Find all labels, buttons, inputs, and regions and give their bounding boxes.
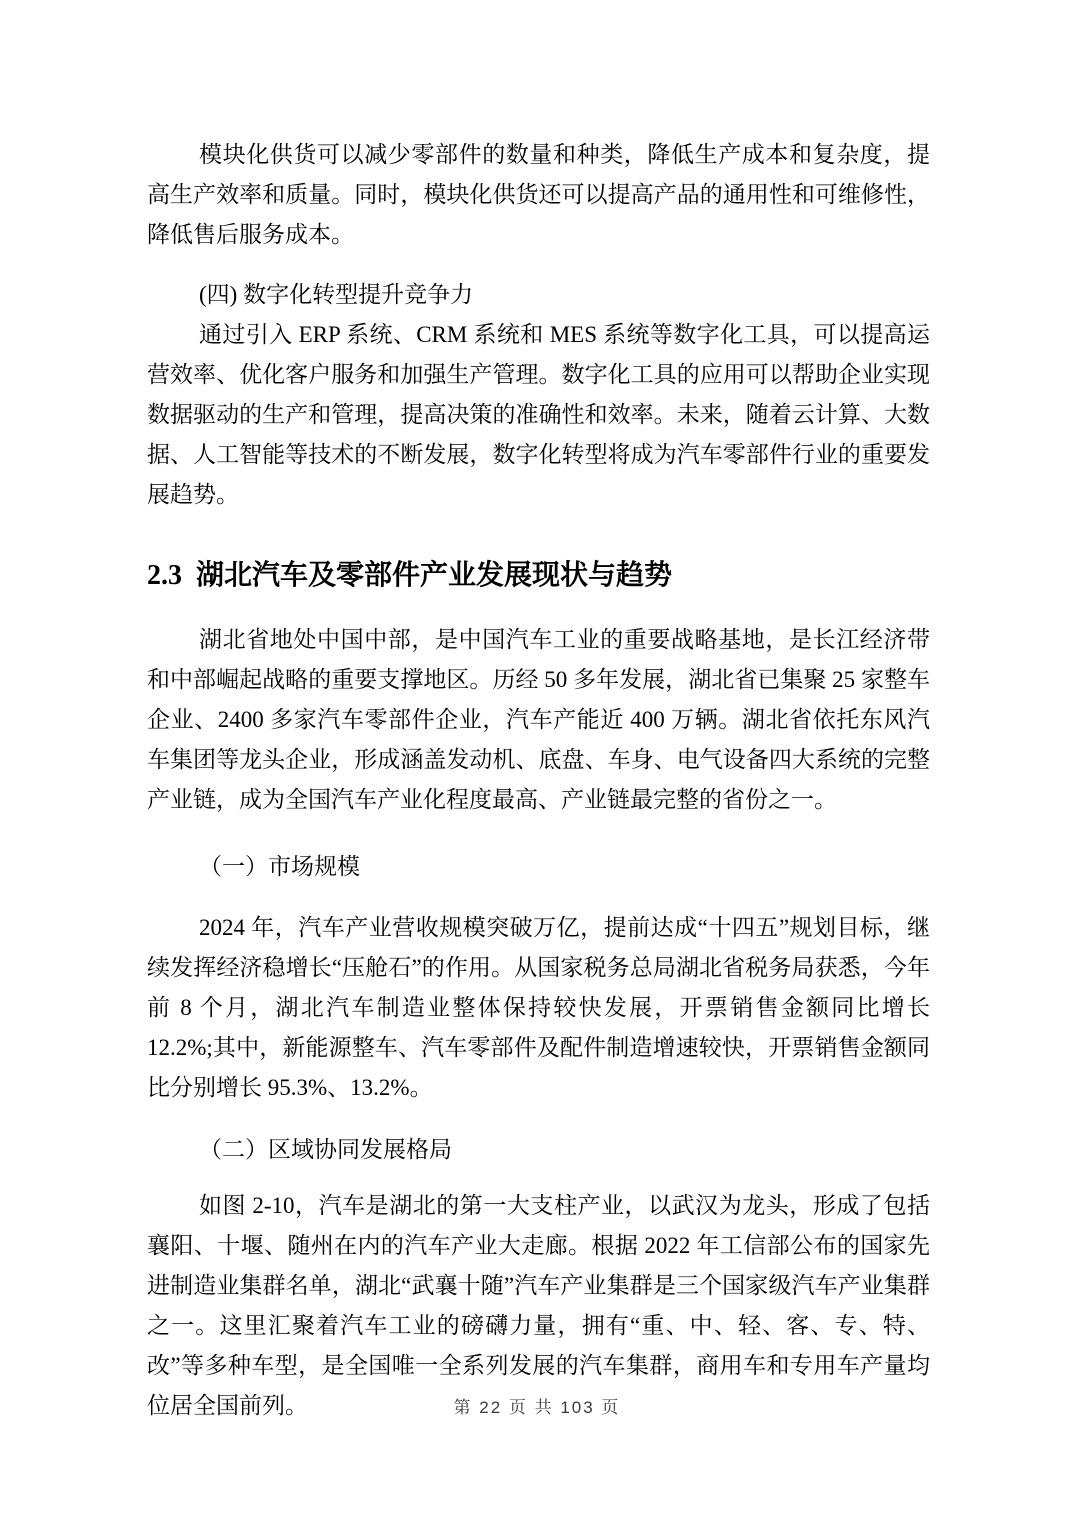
section-title: 湖北汽车及零部件产业发展现状与趋势 xyxy=(196,560,672,591)
heading-digital-transformation: (四) 数字化转型提升竞争力 xyxy=(147,275,930,315)
document-content: 模块化供货可以减少零部件的数量和种类，降低生产成本和复杂度，提高生产效率和质量。… xyxy=(147,135,930,1426)
page-footer: 第 22 页 共 103 页 xyxy=(0,1396,1074,1420)
paragraph-digital-tools: 通过引入 ERP 系统、CRM 系统和 MES 系统等数字化工具，可以提高运营效… xyxy=(147,315,930,515)
paragraph-market-scale: 2024 年，汽车产业营收规模突破万亿，提前达成“十四五”规划目标，继续发挥经济… xyxy=(147,908,930,1108)
section-number: 2.3 xyxy=(147,560,182,591)
document-page: 模块化供货可以减少零部件的数量和种类，降低生产成本和复杂度，提高生产效率和质量。… xyxy=(0,0,1074,1520)
section-heading-2-3: 2.3湖北汽车及零部件产业发展现状与趋势 xyxy=(147,554,930,598)
subheading-market-scale: （一）市场规模 xyxy=(147,847,930,887)
subheading-regional-pattern: （二）区域协同发展格局 xyxy=(147,1130,930,1170)
paragraph-regional-corridor: 如图 2-10，汽车是湖北的第一大支柱产业，以武汉为龙头，形成了包括襄阳、十堰、… xyxy=(147,1186,930,1426)
paragraph-modular-supply: 模块化供货可以减少零部件的数量和种类，降低生产成本和复杂度，提高生产效率和质量。… xyxy=(147,135,930,255)
paragraph-hubei-overview: 湖北省地处中国中部，是中国汽车工业的重要战略基地，是长江经济带和中部崛起战略的重… xyxy=(147,620,930,820)
